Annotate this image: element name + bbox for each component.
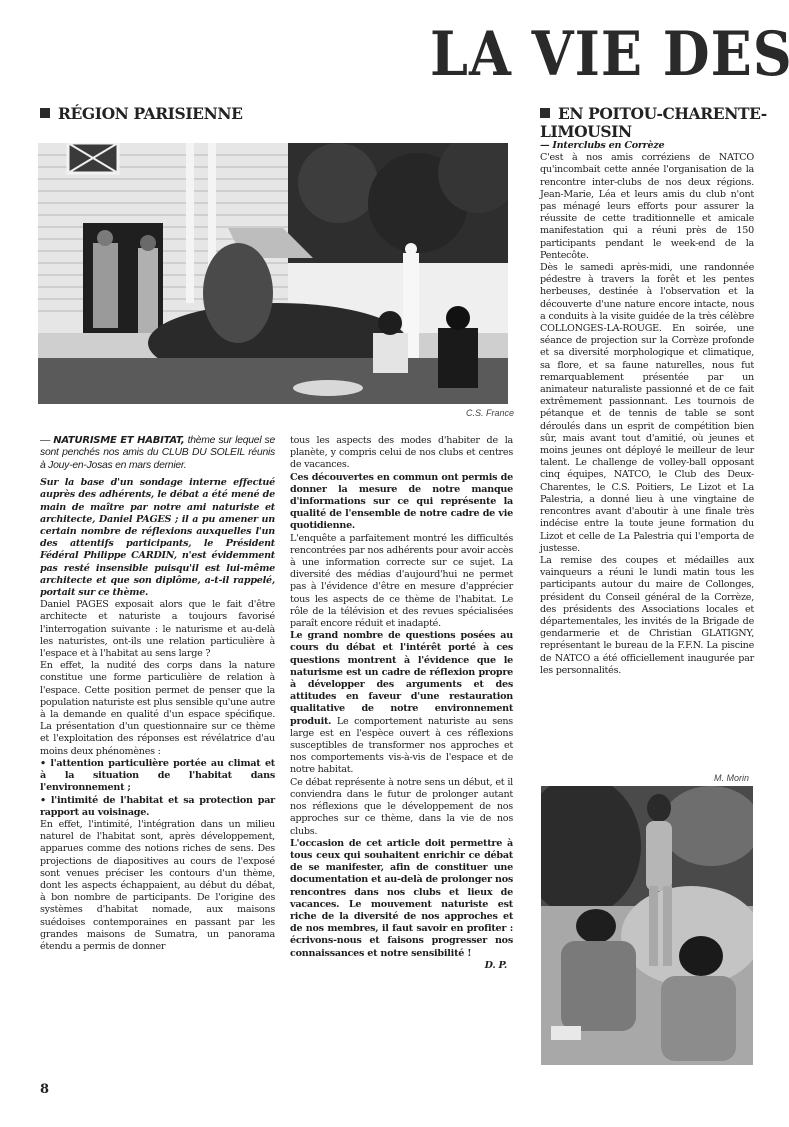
body-paragraph: Ce débat représente à notre sens un débu…	[290, 777, 513, 838]
body-paragraph: La remise des coupes et médailles aux va…	[540, 555, 754, 677]
bold-text: Le grand nombre de questions posées au c…	[290, 630, 513, 726]
article-column-right: — Interclubs en Corrèze C'est à nos amis…	[540, 140, 754, 677]
body-paragraph: Dès le samedi après-midi, une randonnée …	[540, 262, 754, 555]
bullet-item: • l'intimité de l'habitat et sa protecti…	[40, 795, 275, 819]
body-paragraph: En effet, l'intimité, l'intégration dans…	[40, 819, 275, 953]
square-bullet-icon	[540, 108, 550, 118]
article-signature: D. P.	[290, 960, 513, 972]
masthead-title: LA VIE DES	[430, 18, 789, 90]
article-lead: — NATURISME ET HABITAT, thème sur lequel…	[40, 435, 275, 472]
section-heading-region-parisienne: RÉGION PARISIENNE	[40, 105, 243, 123]
photo-credit-cs-france: C.S. France	[466, 408, 514, 418]
body-paragraph: C'est à nos amis corréziens de NATCO qu'…	[540, 152, 754, 262]
square-bullet-icon	[40, 108, 50, 118]
section-heading-poitou-charente: EN POITOU-CHARENTE- LIMOUSIN	[540, 105, 780, 141]
mixed-paragraph: Le grand nombre de questions posées au c…	[290, 630, 513, 776]
section-heading-line1: EN POITOU-CHARENTE-	[558, 104, 767, 123]
article-column-left: — NATURISME ET HABITAT, thème sur lequel…	[40, 435, 275, 953]
page-number: 8	[40, 1082, 49, 1097]
photo-outdoor-illustration	[541, 786, 753, 1065]
outdoor-group-photo	[541, 786, 753, 1065]
house-garden-photo	[38, 143, 508, 404]
bold-paragraph: L'occasion de cet article doit permettre…	[290, 838, 513, 960]
body-paragraph: L'enquête a parfaitement montré les diff…	[290, 533, 513, 631]
body-paragraph: Daniel PAGES exposait alors que le fait …	[40, 599, 275, 660]
bold-paragraph: Ces découvertes en commun ont permis de …	[290, 472, 513, 533]
photo-house-illustration	[38, 143, 508, 404]
body-paragraph: En effet, la nudité des corps dans la na…	[40, 660, 275, 758]
lead-dash: —	[40, 435, 53, 446]
section-heading-line2: LIMOUSIN	[540, 122, 632, 141]
bullet-item: • l'attention particulière portée au cli…	[40, 758, 275, 795]
article-subheading: — Interclubs en Corrèze	[540, 140, 754, 152]
intro-paragraph: Sur la base d'un sondage interne effectu…	[40, 477, 275, 599]
photo-credit-m-morin: M. Morin	[714, 773, 749, 783]
article-title: NATURISME ET HABITAT,	[53, 435, 184, 446]
article-column-middle: tous les aspects des modes d'habiter de …	[290, 435, 513, 972]
section-heading-text: RÉGION PARISIENNE	[58, 104, 243, 123]
body-paragraph: tous les aspects des modes d'habiter de …	[290, 435, 513, 472]
